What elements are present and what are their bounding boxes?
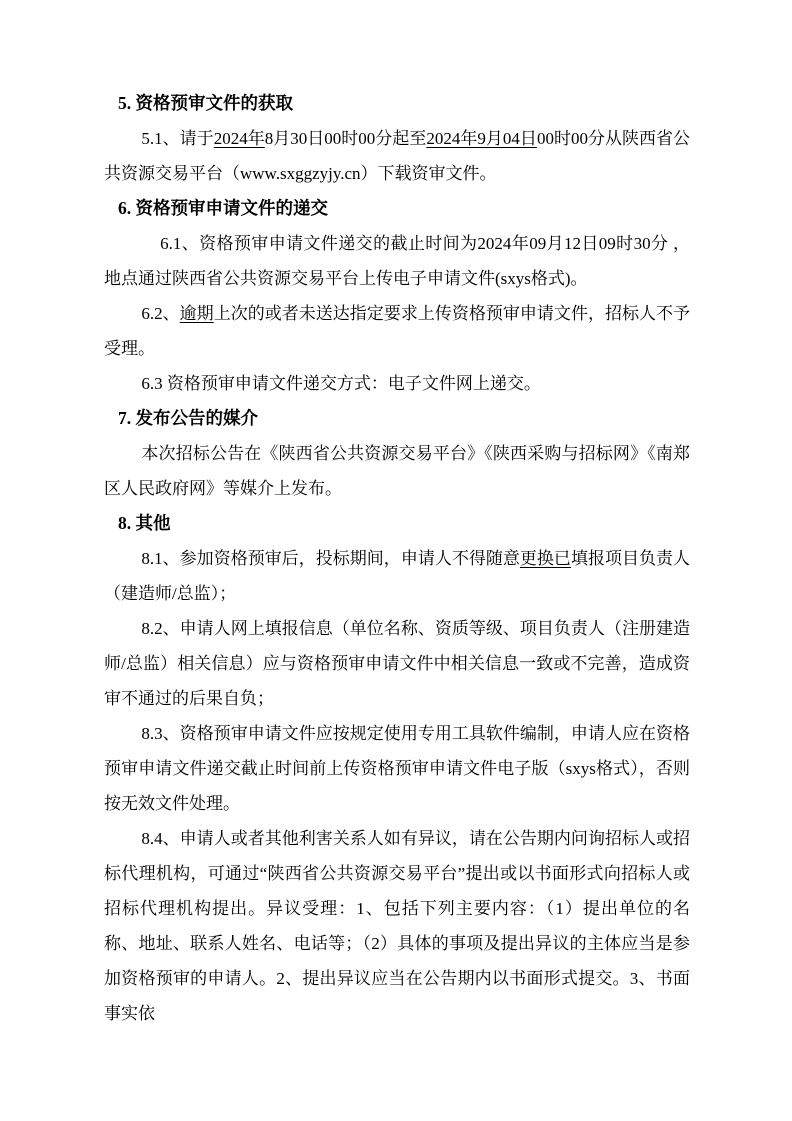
- paragraph-8-4: 8.4、申请人或者其他利害关系人如有异议，请在公告期内问询招标人或招标代理机构，…: [104, 821, 690, 1031]
- paragraph-8-3: 8.3、资格预审申请文件应按规定使用专用工具软件编制，申请人应在资格预审申请文件…: [104, 716, 690, 821]
- section-heading-text: 5. 资格预审文件的获取: [118, 93, 293, 113]
- section-heading-7: 7. 发布公告的媒介: [104, 401, 690, 436]
- paragraph-5-1: 5.1、请于2024年8月30日00时00分起至2024年9月04日00时00分…: [104, 121, 690, 191]
- section-heading-8: 8. 其他: [104, 506, 690, 541]
- paragraph-6-3: 6.3 资格预审申请文件递交方式：电子文件网上递交。: [104, 366, 690, 401]
- text-run: 6.3 资格预审申请文件递交方式：电子文件网上递交。: [141, 374, 541, 393]
- underlined-text-run: 2024年: [214, 129, 265, 148]
- paragraph-8-1: 8.1、参加资格预审后，投标期间，申请人不得随意更换已填报项目负责人（建造师/总…: [104, 541, 690, 611]
- text-run: 5.1、请于: [141, 129, 213, 148]
- section-heading-text: 6. 资格预审申请文件的递交: [118, 198, 328, 218]
- paragraph-6-2: 6.2、逾期上次的或者未送达指定要求上传资格预审申请文件，招标人不予受理。: [104, 296, 690, 366]
- section-heading-5: 5. 资格预审文件的获取: [104, 86, 690, 121]
- section-heading-text: 8. 其他: [118, 513, 171, 533]
- text-run: 本次招标公告在《陕西省公共资源交易平台》《陕西采购与招标网》《南郑区人民政府网》…: [104, 444, 690, 498]
- text-run: 8.3、资格预审申请文件应按规定使用专用工具软件编制，申请人应在资格预审申请文件…: [104, 724, 690, 813]
- paragraph-8-2: 8.2、申请人网上填报信息（单位名称、资质等级、项目负责人（注册建造师/总监）相…: [104, 611, 690, 716]
- underlined-text-run: 2024年9月04日: [426, 129, 537, 148]
- text-run: 8.4、申请人或者其他利害关系人如有异议，请在公告期内问询招标人或招标代理机构，…: [104, 829, 690, 1023]
- paragraph-7-1: 本次招标公告在《陕西省公共资源交易平台》《陕西采购与招标网》《南郑区人民政府网》…: [104, 436, 690, 506]
- section-heading-6: 6. 资格预审申请文件的递交: [104, 191, 690, 226]
- text-run: 6.2、: [141, 304, 179, 323]
- underlined-text-run: 更换已: [520, 549, 571, 568]
- text-run: 6.1、资格预审申请文件递交的截止时间为2024年09月12日09时30分 ，地…: [104, 234, 690, 288]
- paragraph-6-1: 6.1、资格预审申请文件递交的截止时间为2024年09月12日09时30分 ，地…: [104, 226, 690, 296]
- section-heading-text: 7. 发布公告的媒介: [118, 408, 258, 428]
- text-run: 8.2、申请人网上填报信息（单位名称、资质等级、项目负责人（注册建造师/总监）相…: [104, 619, 690, 708]
- text-run: 8.1、参加资格预审后，投标期间，申请人不得随意: [141, 549, 520, 568]
- text-run: 8月30日00时00分起至: [265, 129, 427, 148]
- underlined-text-run: 逾期: [180, 304, 214, 323]
- document-page: 5. 资格预审文件的获取 5.1、请于2024年8月30日00时00分起至202…: [0, 0, 792, 1121]
